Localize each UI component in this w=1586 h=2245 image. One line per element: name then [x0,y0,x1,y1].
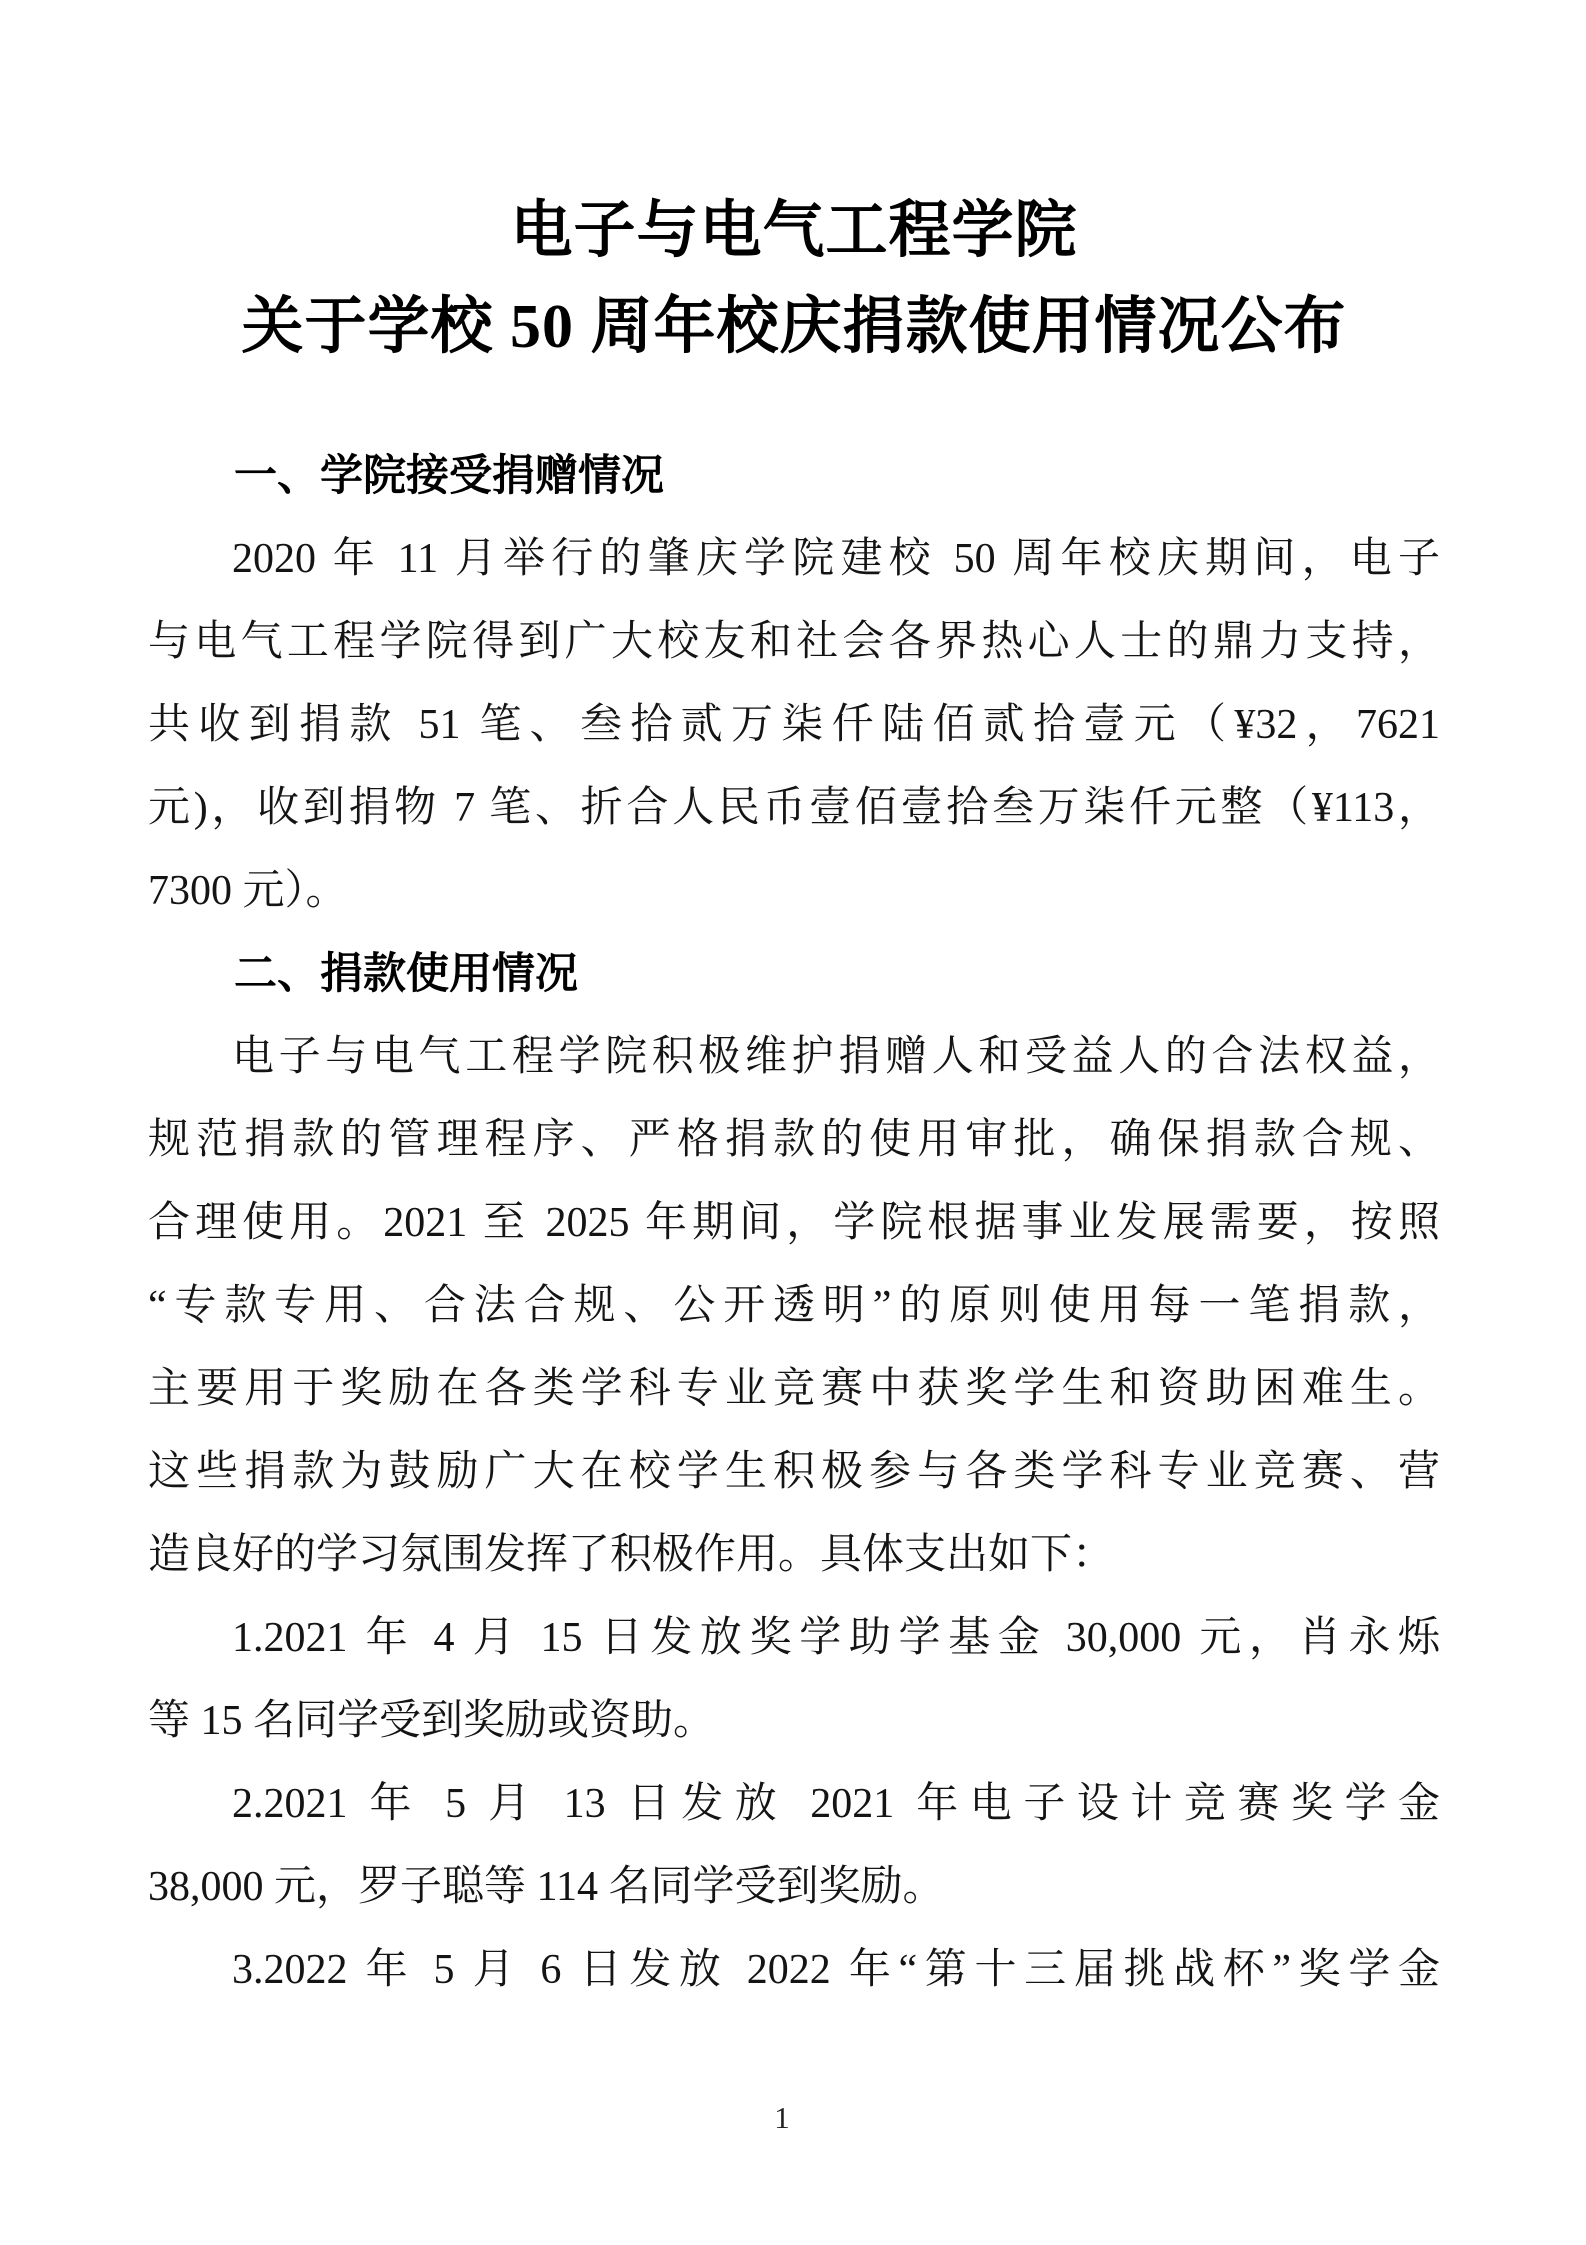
document-page: 电子与电气工程学院 关于学校 50 周年校庆捐款使用情况公布 一、学院接受捐赠情… [0,0,1586,2245]
body-line: 元)，收到捐物 7 笔、折合人民币壹佰壹拾叁万柒仟元整（¥113， [148,767,1440,850]
body-line: 7300 元）。 [148,850,1440,933]
section-1-heading: 一、学院接受捐赠情况 [148,435,1440,518]
body-line: 2020 年 11 月举行的肇庆学院建校 50 周年校庆期间，电子 [148,518,1440,601]
body-line: 主要用于奖励在各类学科专业竞赛中获奖学生和资助困难生。 [148,1348,1440,1431]
body-line: 这些捐款为鼓励广大在校学生积极参与各类学科专业竞赛、营 [148,1431,1440,1514]
body-line: 与电气工程学院得到广大校友和社会各界热心人士的鼎力支持， [148,601,1440,684]
document-body: 一、学院接受捐赠情况2020 年 11 月举行的肇庆学院建校 50 周年校庆期间… [148,435,1440,2012]
body-line: 电子与电气工程学院积极维护捐赠人和受益人的合法权益， [148,1016,1440,1099]
body-line: 2.2021 年 5 月 13 日发放 2021 年电子设计竞赛奖学金 [148,1763,1440,1846]
title-spacer [148,375,1440,435]
body-line: 3.2022 年 5 月 6 日发放 2022 年“第十三届挑战杯”奖学金 [148,1929,1440,2012]
body-line: 造良好的学习氛围发挥了积极作用。具体支出如下： [148,1514,1440,1597]
body-line: 合理使用。2021 至 2025 年期间，学院根据事业发展需要，按照 [148,1182,1440,1265]
body-line: 1.2021 年 4 月 15 日发放奖学助学基金 30,000 元，肖永烁 [148,1597,1440,1680]
page-number: 1 [0,2100,1564,2136]
document-content: 电子与电气工程学院 关于学校 50 周年校庆捐款使用情况公布 一、学院接受捐赠情… [148,183,1440,2012]
body-line: 共收到捐款 51 笔、叁拾贰万柒仟陆佰贰拾壹元（¥32，7621 [148,684,1440,767]
body-line: 规范捐款的管理程序、严格捐款的使用审批，确保捐款合规、 [148,1099,1440,1182]
body-line: 等 15 名同学受到奖励或资助。 [148,1680,1440,1763]
document-title-line-1: 电子与电气工程学院 [148,183,1440,279]
body-line: “专款专用、合法合规、公开透明”的原则使用每一笔捐款， [148,1265,1440,1348]
document-title-line-2: 关于学校 50 周年校庆捐款使用情况公布 [148,279,1440,375]
section-2-heading: 二、捐款使用情况 [148,933,1440,1016]
body-line: 38,000 元，罗子聪等 114 名同学受到奖励。 [148,1846,1440,1929]
